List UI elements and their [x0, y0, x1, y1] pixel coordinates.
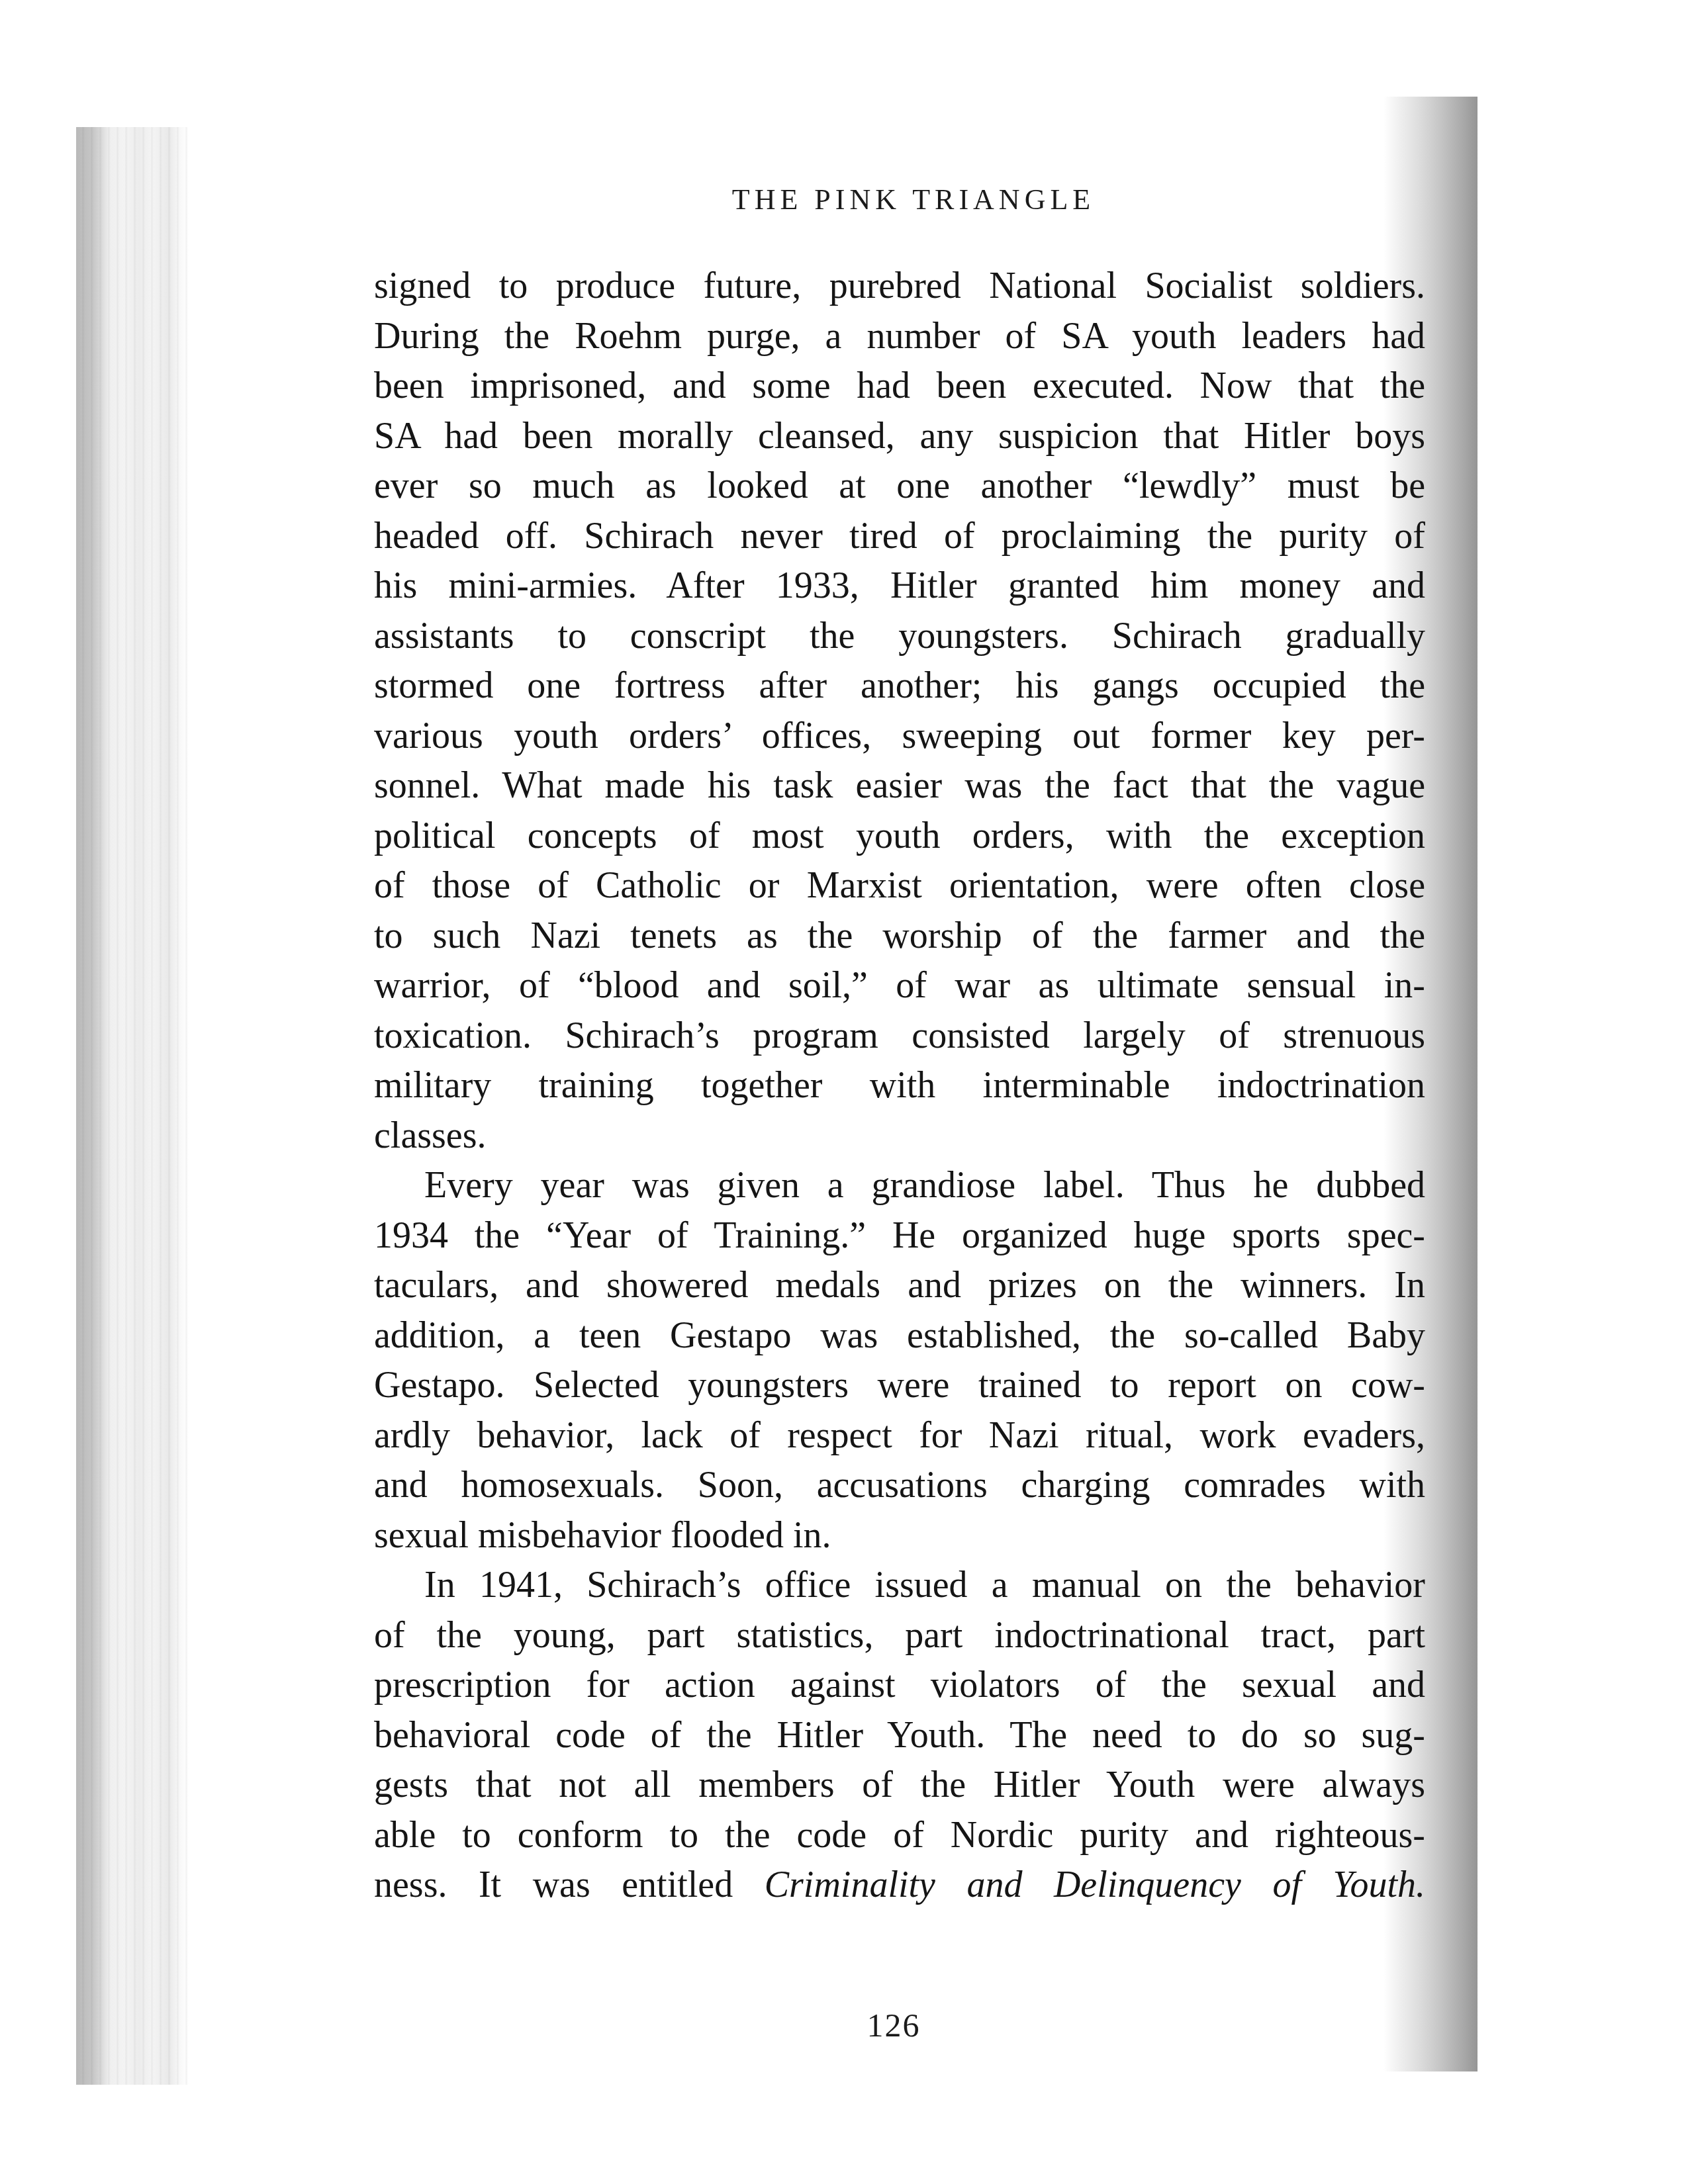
body-text: signed to produce future, purebred Natio…	[374, 261, 1425, 1911]
text-line: headed off. Schirach never tired of proc…	[374, 512, 1425, 562]
text-line: various youth orders’ offices, sweeping …	[374, 711, 1425, 762]
text-line: political concepts of most youth orders,…	[374, 811, 1425, 862]
text-line: able to conform to the code of Nordic pu…	[374, 1811, 1425, 1861]
paragraph-1: signed to produce future, purebred Natio…	[374, 261, 1425, 1161]
text-line: military training together with intermin…	[374, 1061, 1425, 1111]
text-line: 1934 the “Year of Training.” He organize…	[374, 1211, 1425, 1261]
text-line: to such Nazi tenets as the worship of th…	[374, 911, 1425, 962]
final-line-plain-text: ness. It was entitled	[374, 1864, 765, 1905]
text-line: classes.	[374, 1111, 1425, 1161]
paragraph-2: Every year was given a grandiose label. …	[374, 1161, 1425, 1561]
text-line: his mini-armies. After 1933, Hitler gran…	[374, 561, 1425, 612]
text-line: stormed one fortress after another; his …	[374, 661, 1425, 711]
text-line: signed to produce future, purebred Natio…	[374, 261, 1425, 312]
text-line: of those of Catholic or Marxist orientat…	[374, 861, 1425, 911]
text-line: been imprisoned, and some had been execu…	[374, 361, 1425, 412]
text-line: toxication. Schirach’s program consisted…	[374, 1011, 1425, 1062]
text-line: and homosexuals. Soon, accusations charg…	[374, 1461, 1425, 1511]
text-line: taculars, and showered medals and prizes…	[374, 1261, 1425, 1311]
paragraph-3: In 1941, Schirach’s office issued a manu…	[374, 1561, 1425, 1911]
text-line: During the Roehm purge, a number of SA y…	[374, 312, 1425, 362]
text-line: addition, a teen Gestapo was established…	[374, 1311, 1425, 1361]
text-line-final: ness. It was entitled Criminality and De…	[374, 1860, 1425, 1911]
text-line: sexual misbehavior flooded in.	[374, 1511, 1425, 1561]
text-line: behavioral code of the Hitler Youth. The…	[374, 1711, 1425, 1761]
book-title-italic: Criminality and Delinquency of Youth.	[765, 1864, 1425, 1905]
text-line: SA had been morally cleansed, any suspic…	[374, 412, 1425, 462]
text-line: prescription for action against violator…	[374, 1661, 1425, 1711]
text-line: assistants to conscript the youngsters. …	[374, 612, 1425, 662]
text-line: sonnel. What made his task easier was th…	[374, 761, 1425, 811]
running-head: THE PINK TRIANGLE	[715, 180, 1112, 220]
page-number: 126	[827, 2005, 960, 2045]
text-line: of the young, part statistics, part indo…	[374, 1611, 1425, 1661]
text-line: Gestapo. Selected youngsters were traine…	[374, 1361, 1425, 1411]
text-line: gests that not all members of the Hitler…	[374, 1760, 1425, 1811]
text-line: warrior, of “blood and soil,” of war as …	[374, 961, 1425, 1011]
text-line: ever so much as looked at one another “l…	[374, 461, 1425, 512]
text-line: In 1941, Schirach’s office issued a manu…	[374, 1561, 1425, 1611]
text-line: ardly behavior, lack of respect for Nazi…	[374, 1411, 1425, 1461]
text-line: Every year was given a grandiose label. …	[374, 1161, 1425, 1211]
scan-gutter-shadow-left	[76, 127, 189, 2085]
